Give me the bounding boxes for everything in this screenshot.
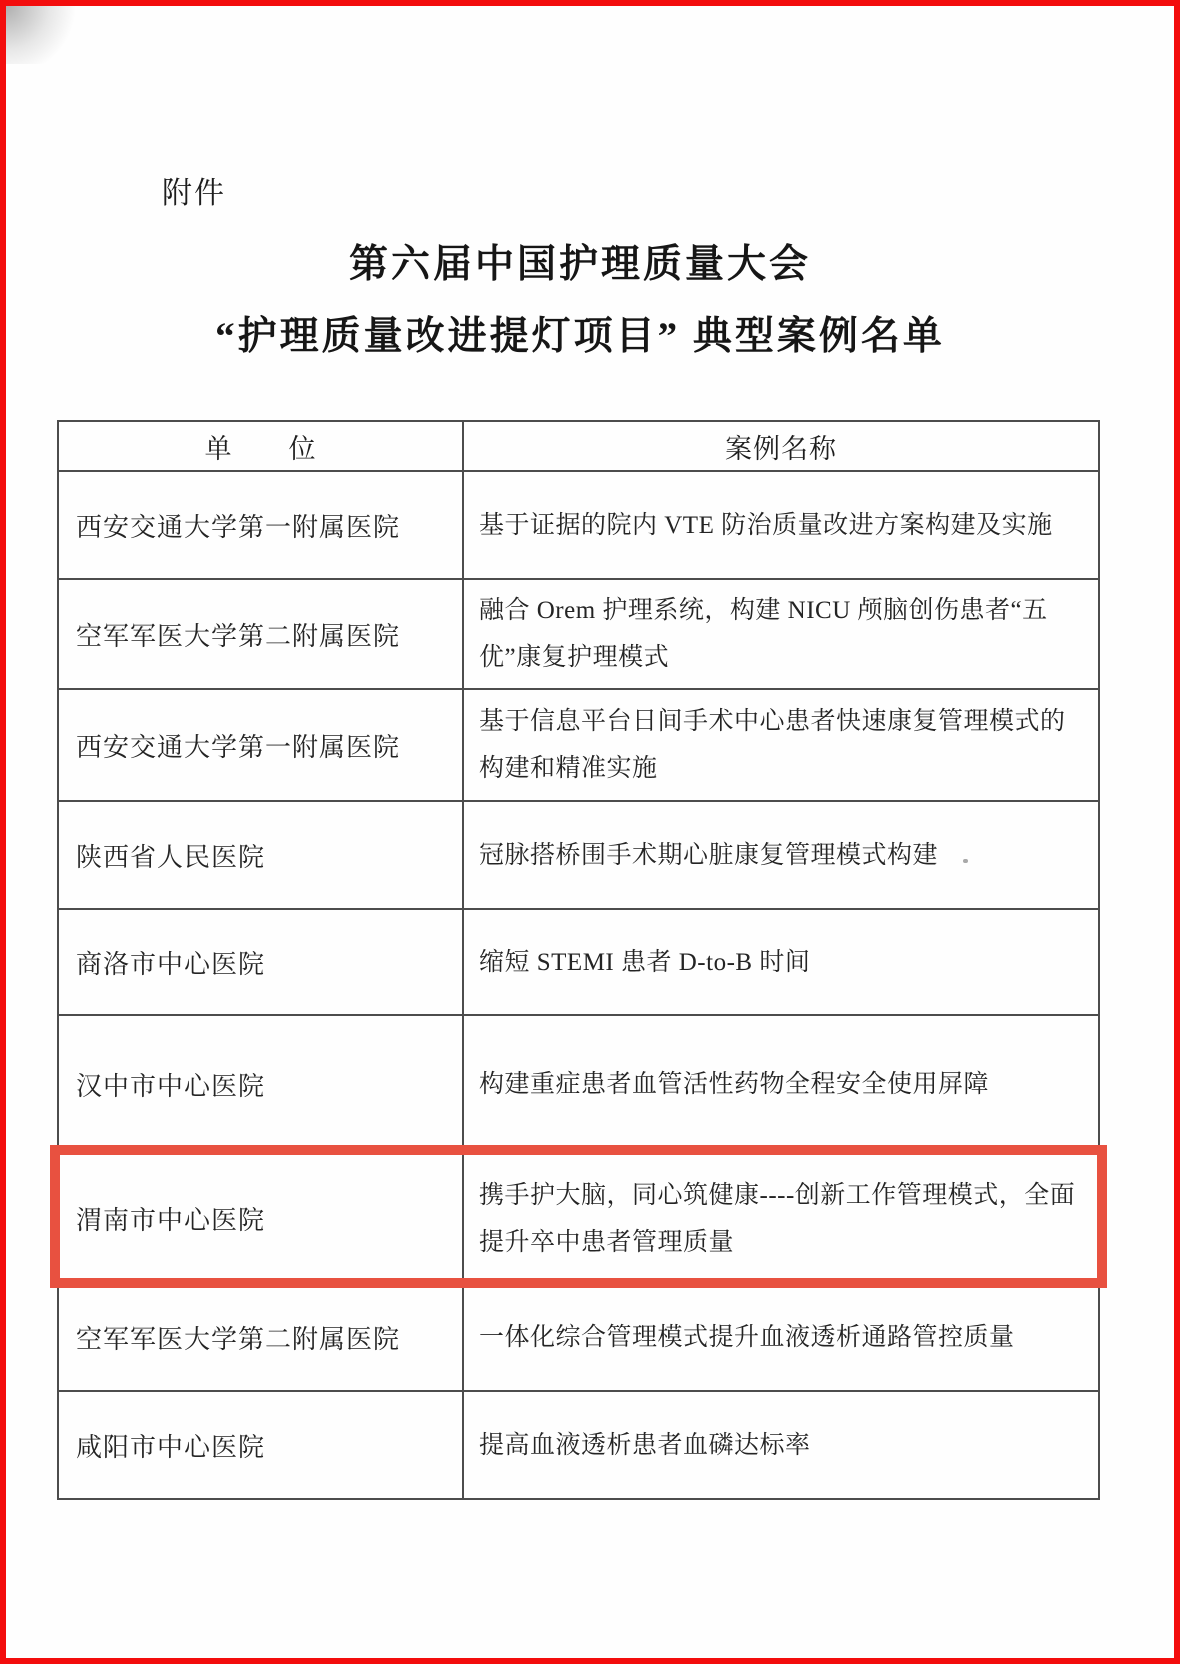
case-list-table: 单 位 案例名称 西安交通大学第一附属医院 基于证据的院内 VTE 防治质量改进…	[57, 420, 1098, 1500]
document-title-line1: 第六届中国护理质量大会	[60, 244, 1100, 287]
scanned-document-page: 附件 第六届中国护理质量大会 “护理质量改进提灯项目” 典型案例名单 单 位 案…	[0, 0, 1180, 1664]
unit-cell: 西安交通大学第一附属医院	[58, 689, 463, 801]
unit-cell: 商洛市中心医院	[58, 909, 463, 1015]
case-cell: 基于信息平台日间手术中心患者快速康复管理模式的构建和精准实施	[463, 689, 1099, 801]
unit-cell: 西安交通大学第一附属医院	[58, 471, 463, 579]
table-row: 空军军医大学第二附属医院 一体化综合管理模式提升血液透析通路管控质量	[58, 1284, 1099, 1391]
table-row: 商洛市中心医院 缩短 STEMI 患者 D-to-B 时间	[58, 909, 1099, 1015]
case-cell: 缩短 STEMI 患者 D-to-B 时间	[463, 909, 1099, 1015]
unit-cell: 空军军医大学第二附属医院	[58, 1284, 463, 1391]
case-cell: 携手护大脑，同心筑健康----创新工作管理模式，全面提升卒中患者管理质量	[463, 1153, 1099, 1284]
title-text-line1: 第六届中国护理质量大会	[60, 244, 1100, 287]
case-cell: 一体化综合管理模式提升血液透析通路管控质量	[463, 1284, 1099, 1391]
case-cell: 融合 Orem 护理系统，构建 NICU 颅脑创伤患者“五优”康复护理模式	[463, 579, 1099, 689]
table-header-row: 单 位 案例名称	[58, 421, 1099, 471]
scan-corner-shadow-artifact	[6, 6, 84, 64]
case-cell: 冠脉搭桥围手术期心脏康复管理模式构建	[463, 801, 1099, 909]
unit-cell: 咸阳市中心医院	[58, 1391, 463, 1499]
case-cell: 提高血液透析患者血磷达标率	[463, 1391, 1099, 1499]
table-row-highlighted: 渭南市中心医院 携手护大脑，同心筑健康----创新工作管理模式，全面提升卒中患者…	[58, 1153, 1099, 1284]
unit-cell: 空军军医大学第二附属医院	[58, 579, 463, 689]
table-row: 陕西省人民医院 冠脉搭桥围手术期心脏康复管理模式构建	[58, 801, 1099, 909]
case-cell: 基于证据的院内 VTE 防治质量改进方案构建及实施	[463, 471, 1099, 579]
unit-cell: 汉中市中心医院	[58, 1015, 463, 1153]
unit-cell: 渭南市中心医院	[58, 1153, 463, 1284]
header-case: 案例名称	[463, 421, 1099, 471]
title-text-line2: “护理质量改进提灯项目” 典型案例名单	[60, 316, 1100, 359]
document-title-line2: “护理质量改进提灯项目” 典型案例名单	[60, 316, 1100, 359]
attachment-label: 附件	[162, 168, 226, 212]
header-unit: 单 位	[58, 421, 463, 471]
table-row: 汉中市中心医院 构建重症患者血管活性药物全程安全使用屏障	[58, 1015, 1099, 1153]
table-row: 咸阳市中心医院 提高血液透析患者血磷达标率	[58, 1391, 1099, 1499]
case-cell: 构建重症患者血管活性药物全程安全使用屏障	[463, 1015, 1099, 1153]
table-row: 西安交通大学第一附属医院 基于信息平台日间手术中心患者快速康复管理模式的构建和精…	[58, 689, 1099, 801]
table-row: 西安交通大学第一附属医院 基于证据的院内 VTE 防治质量改进方案构建及实施	[58, 471, 1099, 579]
unit-cell: 陕西省人民医院	[58, 801, 463, 909]
table-row: 空军军医大学第二附属医院 融合 Orem 护理系统，构建 NICU 颅脑创伤患者…	[58, 579, 1099, 689]
